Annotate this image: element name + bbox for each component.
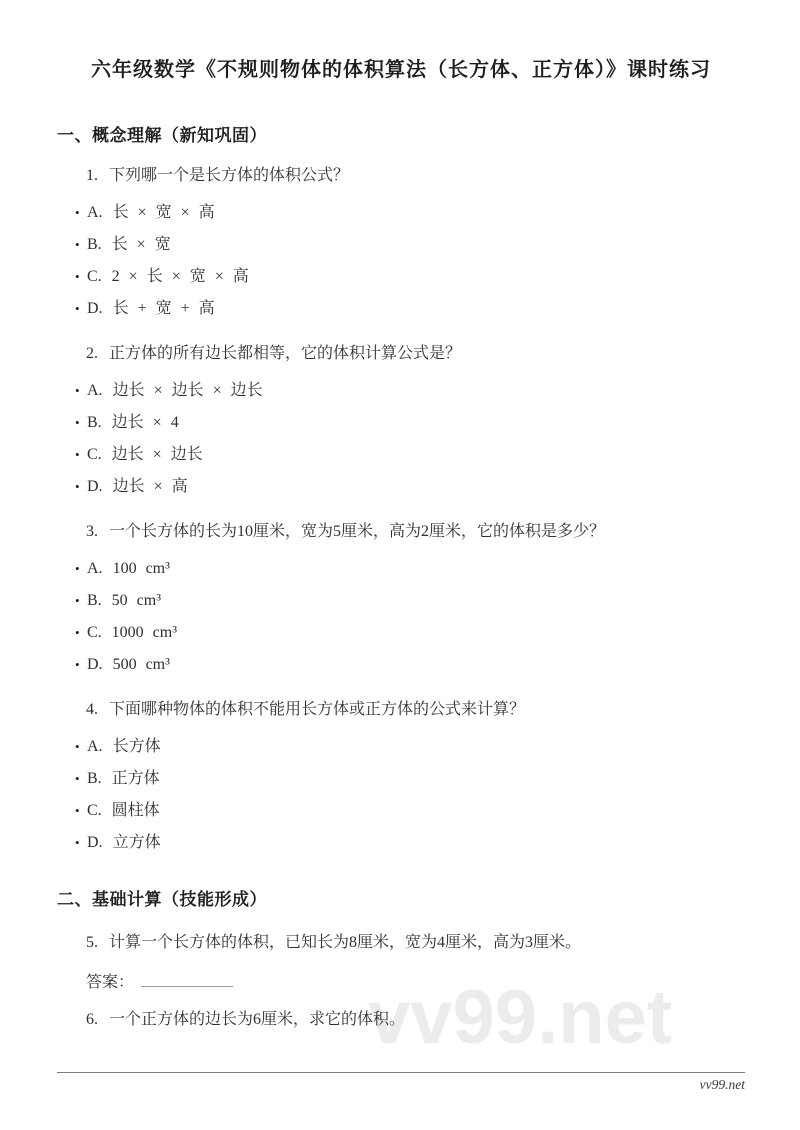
worksheet-page: vv99.net 六年级数学《不规则物体的体积算法（长方体、正方体）》课时练习 … bbox=[0, 0, 800, 1130]
option-label: D. bbox=[87, 298, 103, 320]
option-text: 长 + 宽 + 高 bbox=[113, 298, 215, 320]
question-2-options: • A. 边长 × 边长 × 边长 • B. 边长 × 4 • C. 边长 × … bbox=[57, 380, 745, 498]
option-label: C. bbox=[87, 800, 102, 822]
option-row: • D. 500 cm³ bbox=[57, 654, 745, 676]
bullet-icon: • bbox=[75, 558, 87, 580]
option-row: • A. 长方体 bbox=[57, 736, 745, 758]
option-text: 1000 cm³ bbox=[112, 622, 177, 644]
bullet-icon: • bbox=[75, 832, 87, 854]
bullet-icon: • bbox=[75, 234, 87, 256]
option-row: • B. 长 × 宽 bbox=[57, 234, 745, 256]
option-text: 50 cm³ bbox=[112, 590, 161, 612]
bullet-icon: • bbox=[75, 298, 87, 320]
option-row: • C. 1000 cm³ bbox=[57, 622, 745, 644]
section-heading-2: 二、基础计算（技能形成） bbox=[57, 888, 745, 912]
question-text: 下面哪种物体的体积不能用长方体或正方体的公式来计算？ bbox=[109, 701, 525, 718]
bullet-icon: • bbox=[75, 654, 87, 676]
option-row: • B. 50 cm³ bbox=[57, 590, 745, 612]
answer-label: 答案： bbox=[86, 974, 134, 991]
option-row: • C. 2 × 长 × 宽 × 高 bbox=[57, 266, 745, 288]
bullet-icon: • bbox=[75, 380, 87, 402]
option-label: C. bbox=[87, 266, 102, 288]
option-row: • A. 100 cm³ bbox=[57, 558, 745, 580]
bullet-icon: • bbox=[75, 768, 87, 790]
option-label: A. bbox=[87, 558, 103, 580]
option-text: 圆柱体 bbox=[112, 800, 160, 822]
option-text: 长 × 宽 × 高 bbox=[113, 202, 215, 224]
option-label: B. bbox=[87, 234, 102, 256]
question-number: 2. bbox=[86, 345, 98, 362]
option-text: 500 cm³ bbox=[113, 654, 170, 676]
question-6: 6.一个正方体的边长为6厘米，求它的体积。 bbox=[57, 1009, 745, 1031]
bullet-icon: • bbox=[75, 444, 87, 466]
bullet-icon: • bbox=[75, 476, 87, 498]
bullet-icon: • bbox=[75, 202, 87, 224]
footer-divider bbox=[57, 1072, 745, 1073]
option-row: • D. 长 + 宽 + 高 bbox=[57, 298, 745, 320]
question-1: 1.下列哪一个是长方体的体积公式？ bbox=[57, 165, 745, 187]
question-number: 1. bbox=[86, 167, 98, 184]
option-row: • B. 边长 × 4 bbox=[57, 412, 745, 434]
option-label: C. bbox=[87, 622, 102, 644]
page-title: 六年级数学《不规则物体的体积算法（长方体、正方体）》课时练习 bbox=[57, 0, 745, 83]
answer-blank-line bbox=[141, 972, 233, 987]
question-text: 一个正方体的边长为6厘米，求它的体积。 bbox=[109, 1011, 405, 1028]
bullet-icon: • bbox=[75, 266, 87, 288]
question-4-options: • A. 长方体 • B. 正方体 • C. 圆柱体 • D. 立方体 bbox=[57, 736, 745, 854]
question-3-options: • A. 100 cm³ • B. 50 cm³ • C. 1000 cm³ •… bbox=[57, 558, 745, 676]
question-number: 3. bbox=[86, 523, 98, 540]
question-number: 5. bbox=[86, 934, 98, 951]
question-text: 下列哪一个是长方体的体积公式？ bbox=[109, 167, 349, 184]
option-text: 立方体 bbox=[113, 832, 161, 854]
question-text: 计算一个长方体的体积，已知长为8厘米，宽为4厘米，高为3厘米。 bbox=[109, 934, 581, 951]
option-text: 边长 × 4 bbox=[112, 412, 179, 434]
option-row: • A. 边长 × 边长 × 边长 bbox=[57, 380, 745, 402]
option-text: 正方体 bbox=[112, 768, 160, 790]
option-label: B. bbox=[87, 768, 102, 790]
bullet-icon: • bbox=[75, 800, 87, 822]
option-row: • C. 圆柱体 bbox=[57, 800, 745, 822]
question-5: 5.计算一个长方体的体积，已知长为8厘米，宽为4厘米，高为3厘米。 bbox=[57, 932, 745, 954]
option-row: • C. 边长 × 边长 bbox=[57, 444, 745, 466]
option-text: 100 cm³ bbox=[113, 558, 170, 580]
document-body: 六年级数学《不规则物体的体积算法（长方体、正方体）》课时练习 一、概念理解（新知… bbox=[0, 0, 800, 1031]
option-label: B. bbox=[87, 412, 102, 434]
question-4: 4.下面哪种物体的体积不能用长方体或正方体的公式来计算？ bbox=[57, 699, 745, 721]
bullet-icon: • bbox=[75, 622, 87, 644]
option-text: 边长 × 边长 × 边长 bbox=[113, 380, 263, 402]
bullet-icon: • bbox=[75, 412, 87, 434]
question-number: 4. bbox=[86, 701, 98, 718]
option-text: 长方体 bbox=[113, 736, 161, 758]
option-label: D. bbox=[87, 654, 103, 676]
option-row: • A. 长 × 宽 × 高 bbox=[57, 202, 745, 224]
question-text: 一个长方体的长为10厘米，宽为5厘米，高为2厘米，它的体积是多少？ bbox=[109, 523, 605, 540]
option-label: C. bbox=[87, 444, 102, 466]
question-number: 6. bbox=[86, 1011, 98, 1028]
bullet-icon: • bbox=[75, 736, 87, 758]
footer-site-text: vv99.net bbox=[700, 1077, 745, 1093]
option-label: A. bbox=[87, 202, 103, 224]
answer-line: 答案： bbox=[57, 972, 745, 994]
question-text: 正方体的所有边长都相等，它的体积计算公式是？ bbox=[109, 345, 461, 362]
option-label: A. bbox=[87, 380, 103, 402]
option-label: D. bbox=[87, 832, 103, 854]
option-text: 边长 × 边长 bbox=[112, 444, 203, 466]
question-1-options: • A. 长 × 宽 × 高 • B. 长 × 宽 • C. 2 × 长 × 宽… bbox=[57, 202, 745, 320]
question-3: 3.一个长方体的长为10厘米，宽为5厘米，高为2厘米，它的体积是多少？ bbox=[57, 521, 745, 543]
question-2: 2.正方体的所有边长都相等，它的体积计算公式是？ bbox=[57, 343, 745, 365]
option-text: 长 × 宽 bbox=[112, 234, 171, 256]
option-text: 2 × 长 × 宽 × 高 bbox=[112, 266, 249, 288]
option-label: D. bbox=[87, 476, 103, 498]
section-heading-1: 一、概念理解（新知巩固） bbox=[57, 124, 745, 148]
option-row: • D. 边长 × 高 bbox=[57, 476, 745, 498]
option-row: • B. 正方体 bbox=[57, 768, 745, 790]
option-label: B. bbox=[87, 590, 102, 612]
bullet-icon: • bbox=[75, 590, 87, 612]
option-label: A. bbox=[87, 736, 103, 758]
option-text: 边长 × 高 bbox=[113, 476, 188, 498]
option-row: • D. 立方体 bbox=[57, 832, 745, 854]
